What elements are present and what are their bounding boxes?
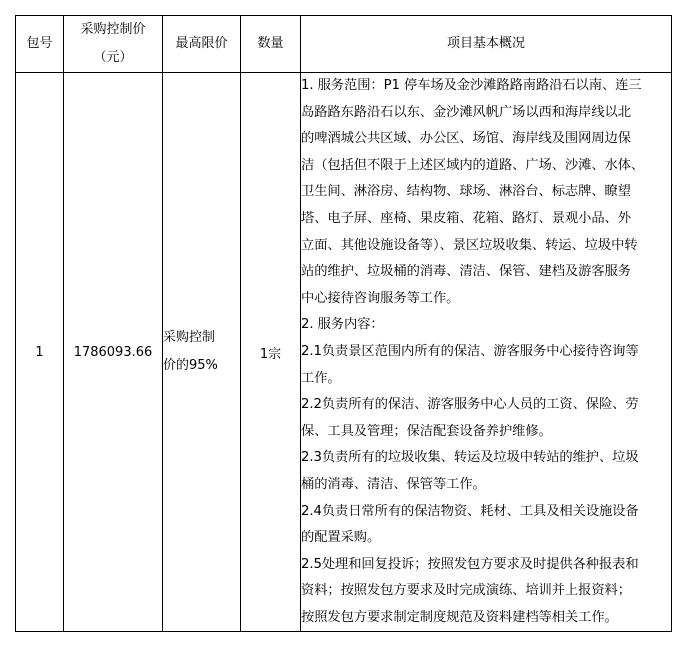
overview-line: 塔、电子屏、座椅、果皮箱、花箱、路灯、景观小品、外	[301, 206, 671, 233]
overview-line: 2.5处理和回复投诉；按照发包方要求及时提供各种报表和	[301, 552, 671, 579]
overview-line: 1. 服务范围：P1 停车场及金沙滩路路南路沿石以南、连三	[301, 73, 671, 100]
overview-line: 中心接待咨询服务等工作。	[301, 286, 671, 313]
overview-line: 站的维护、垃圾桶的消毒、清洁、保管、建档及游客服务	[301, 259, 671, 286]
overview-line: 资料；按照发包方要求及时完成演练、培训并上报资料；	[301, 578, 671, 605]
cell-max-limit-line1: 采购控制	[163, 330, 215, 345]
overview-line: 的啤酒城公共区域、办公区、场馆、海岸线及围网周边保	[301, 126, 671, 153]
cell-max-limit: 采购控制 价的95%	[163, 73, 241, 632]
overview-line: 保、工具及管理；保洁配套设备养护维修。	[301, 419, 671, 446]
overview-line: 洁（包括但不限于上述区域内的道路、广场、沙滩、水体、	[301, 153, 671, 180]
cell-quantity: 1宗	[241, 73, 301, 632]
cell-overview: 1. 服务范围：P1 停车场及金沙滩路路南路沿石以南、连三 岛路路东路沿石以东、…	[301, 73, 672, 632]
overview-line: 的配置采购。	[301, 525, 671, 552]
overview-line: 桶的消毒、清洁、保管等工作。	[301, 472, 671, 499]
overview-line: 2.3负责所有的垃圾收集、转运及垃圾中转站的维护、垃圾	[301, 445, 671, 472]
header-package-no: 包号	[16, 16, 64, 73]
header-control-price-line2: （元）	[93, 50, 132, 65]
cell-max-limit-line2: 价的95%	[163, 358, 218, 373]
header-max-limit: 最高限价	[163, 16, 241, 73]
overview-line: 立面、其他设施设备等）、景区垃圾收集、转运、垃圾中转	[301, 233, 671, 260]
overview-line: 2.1负责景区范围内所有的保洁、游客服务中心接待咨询等	[301, 339, 671, 366]
overview-line: 2.4负责日常所有的保洁物资、耗材、工具及相关设施设备	[301, 499, 671, 526]
overview-line: 工作。	[301, 366, 671, 393]
table-row: 1 1786093.66 采购控制 价的95% 1宗 1. 服务范围：P1 停车…	[16, 73, 672, 632]
cell-package-no: 1	[16, 73, 64, 632]
header-control-price-line1: 采购控制价	[80, 22, 145, 37]
overview-line: 按照发包方要求制定制度规范及资料建档等相关工作。	[301, 605, 671, 632]
overview-line: 2.2负责所有的保洁、游客服务中心人员的工资、保险、劳	[301, 392, 671, 419]
table-header-row: 包号 采购控制价 （元） 最高限价 数量 项目基本概况	[16, 16, 672, 73]
cell-control-price: 1786093.66	[64, 73, 163, 632]
header-control-price: 采购控制价 （元）	[64, 16, 163, 73]
header-overview: 项目基本概况	[301, 16, 672, 73]
procurement-table: 包号 采购控制价 （元） 最高限价 数量 项目基本概况 1 1786093.66…	[15, 15, 672, 632]
overview-line: 卫生间、淋浴房、结构物、球场、淋浴台、标志牌、瞭望	[301, 179, 671, 206]
overview-line: 2. 服务内容：	[301, 312, 671, 339]
header-quantity: 数量	[241, 16, 301, 73]
overview-line: 岛路路东路沿石以东、金沙滩风帆广场以西和海岸线以北	[301, 100, 671, 127]
